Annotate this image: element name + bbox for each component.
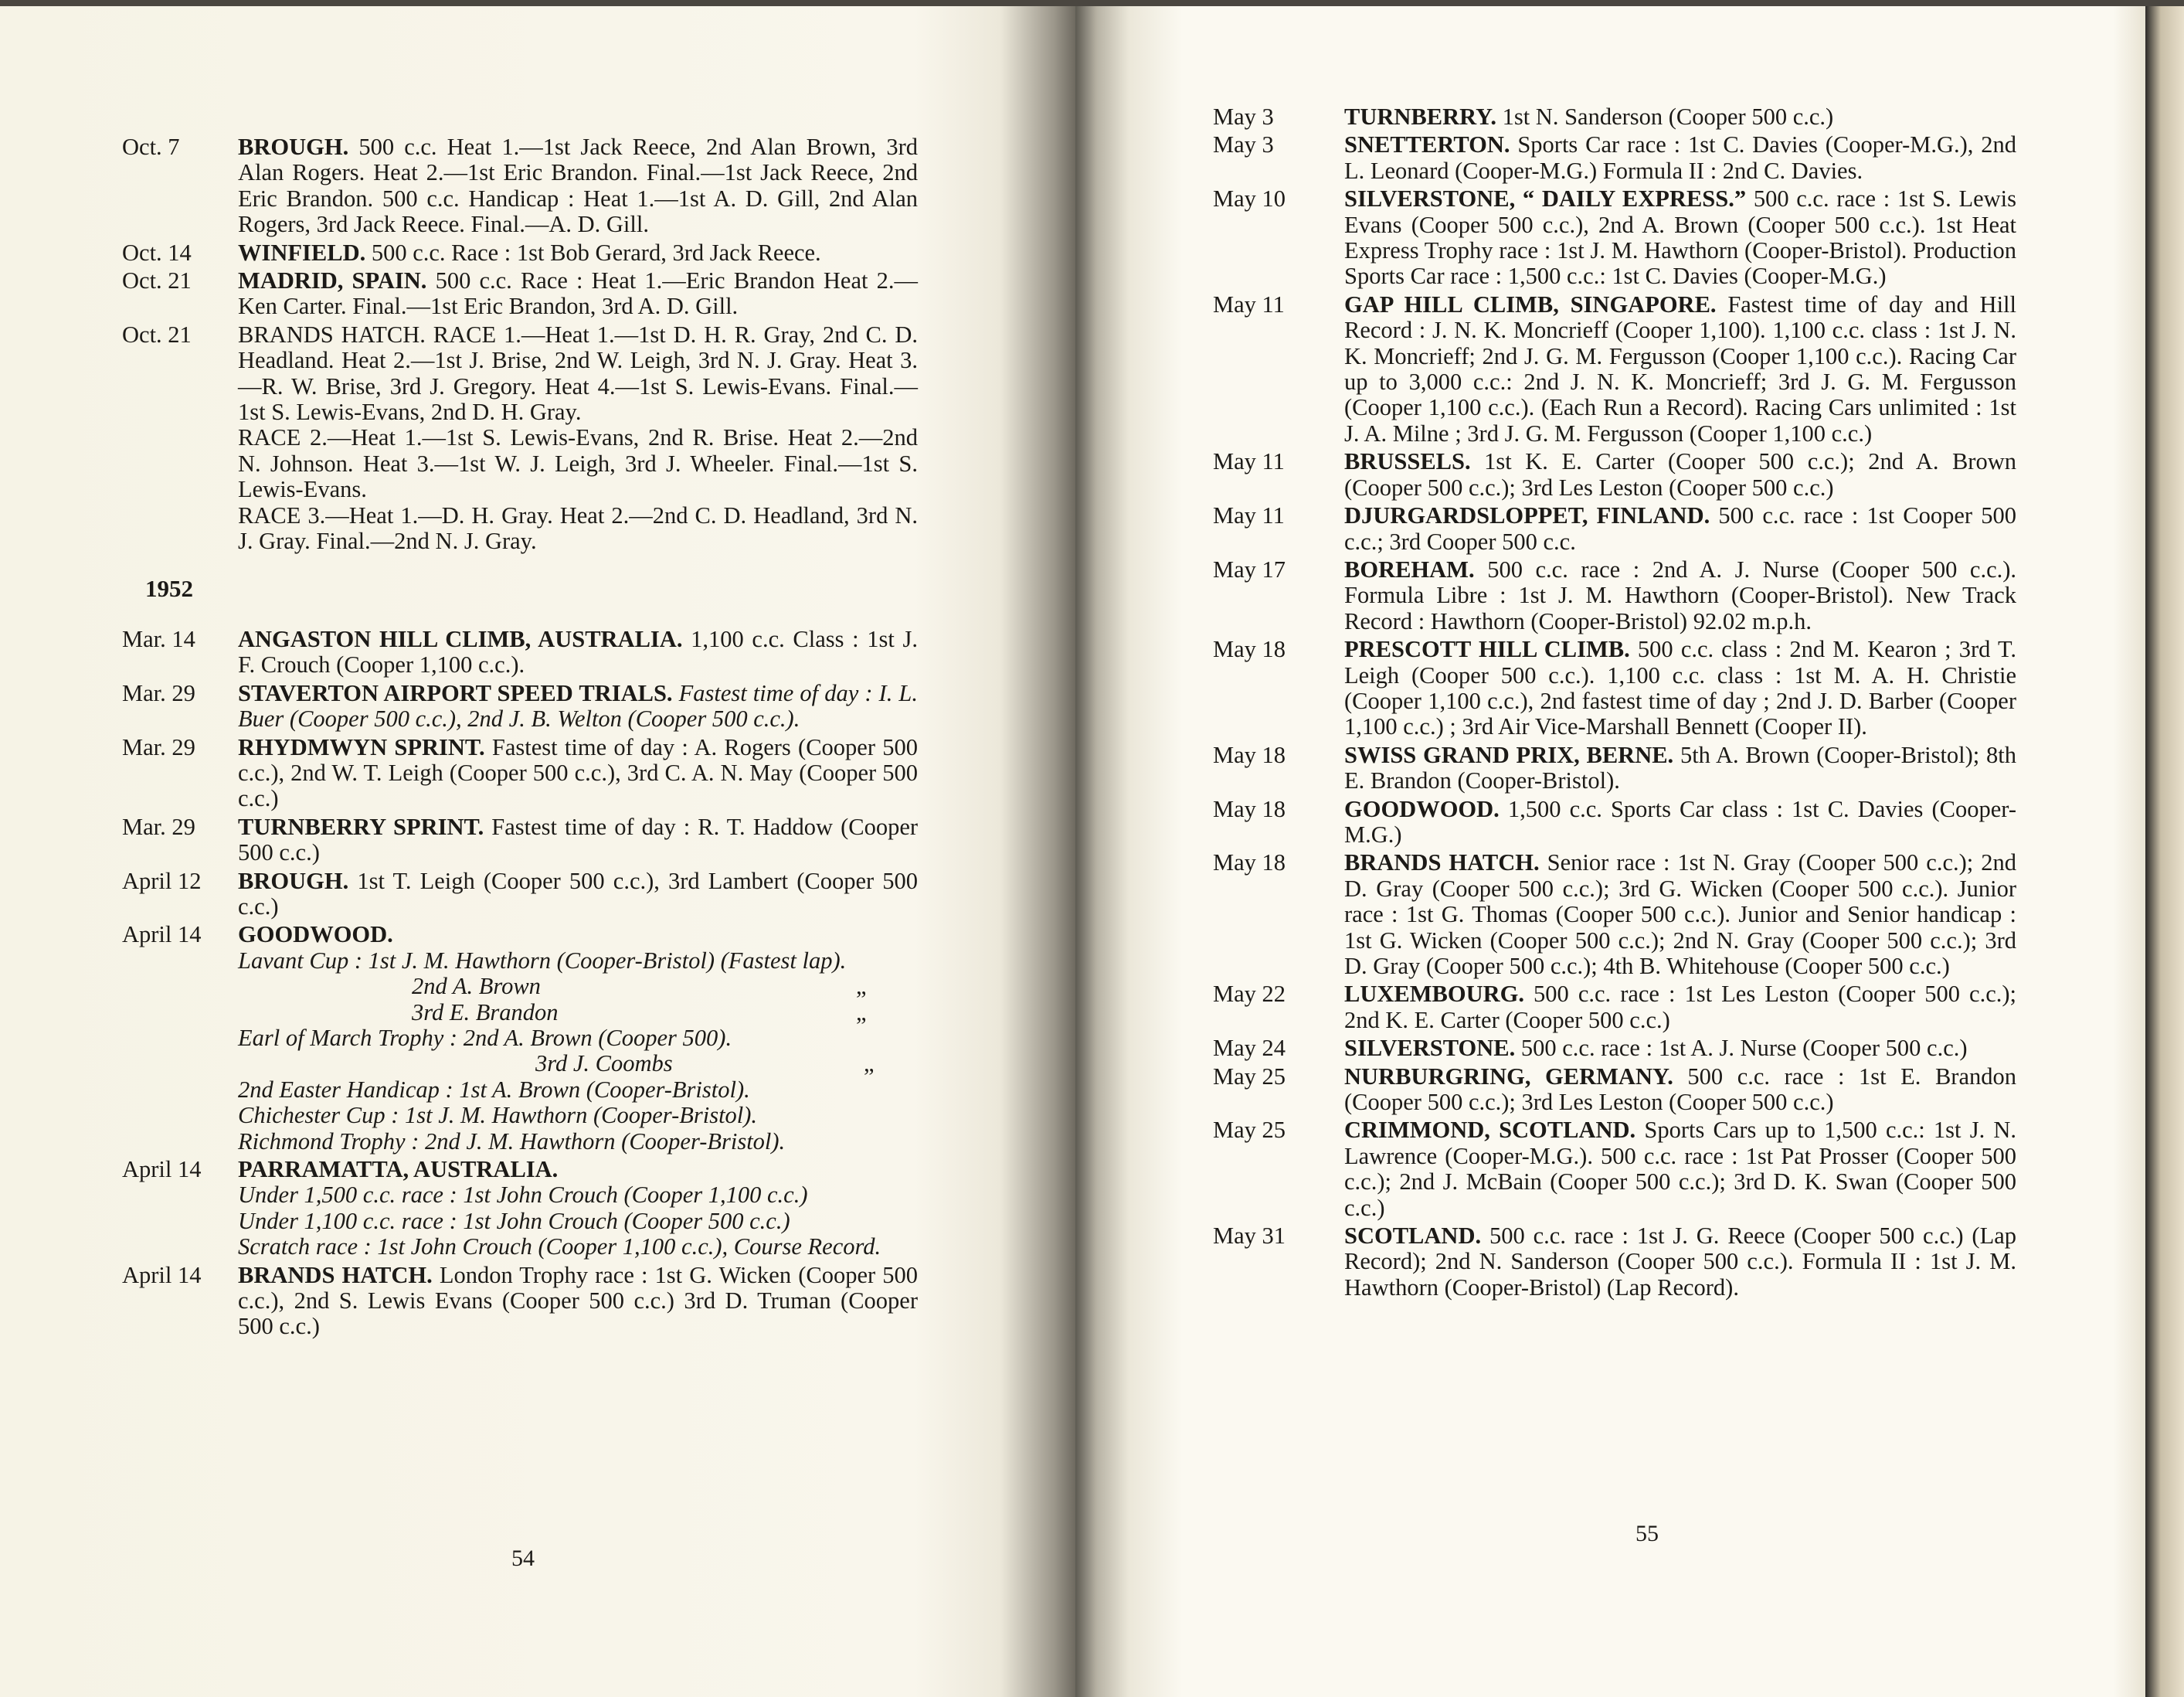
entry-date: Mar. 29: [122, 681, 238, 733]
book-spread: Oct. 7 BROUGH. 500 c.c. Heat 1.—1st Jack…: [0, 0, 2184, 1697]
entry-date: May 11: [1213, 292, 1344, 447]
entry-subline: 2nd A. Brown: [412, 973, 541, 999]
results-entry: May 17BOREHAM. 500 c.c. race : 2nd A. J.…: [1213, 557, 2016, 634]
entry-venue: GAP HILL CLIMB, SINGAPORE.: [1344, 291, 1717, 318]
entry-venue: BRANDS HATCH.: [238, 321, 426, 348]
results-entry: May 31SCOTLAND. 500 c.c. race : 1st J. G…: [1213, 1223, 2016, 1301]
results-entry: May 3TURNBERRY. 1st N. Sanderson (Cooper…: [1213, 104, 2016, 130]
entry-subline: 2nd Easter Handicap : 1st A. Brown (Coop…: [238, 1077, 918, 1103]
entry-venue: MADRID, SPAIN.: [238, 267, 426, 294]
results-entry: May 25NURBURGRING, GERMANY. 500 c.c. rac…: [1213, 1064, 2016, 1116]
entry-subline: Scratch race : 1st John Crouch (Cooper 1…: [238, 1234, 918, 1260]
right-page-column: May 3TURNBERRY. 1st N. Sanderson (Cooper…: [1213, 104, 2016, 1303]
ditto-mark: „: [856, 1000, 867, 1025]
results-entry-parramatta: April 14 PARRAMATTA, AUSTRALIA. Under 1,…: [122, 1157, 918, 1260]
results-entry: April 14 BRANDS HATCH. London Trophy rac…: [122, 1263, 918, 1340]
entry-venue: TURNBERRY SPRINT.: [238, 814, 484, 840]
entry-venue: PARRAMATTA, AUSTRALIA.: [238, 1157, 918, 1182]
results-entry: Mar. 29 STAVERTON AIRPORT SPEED TRIALS. …: [122, 681, 918, 733]
entry-venue: SCOTLAND.: [1344, 1223, 1481, 1249]
entry-venue: RHYDMWYN SPRINT.: [238, 734, 485, 760]
entry-subline: Earl of March Trophy : 2nd A. Brown (Coo…: [238, 1025, 918, 1051]
entry-date: May 24: [1213, 1036, 1344, 1061]
entry-date: May 18: [1213, 637, 1344, 740]
entry-date: May 22: [1213, 981, 1344, 1033]
entry-venue: TURNBERRY.: [1344, 104, 1496, 130]
entry-venue: SNETTERTON.: [1344, 131, 1510, 158]
entry-venue: CRIMMOND, SCOTLAND.: [1344, 1117, 1635, 1143]
ditto-mark: „: [856, 974, 867, 999]
results-entry: May 22LUXEMBOURG. 500 c.c. race : 1st Le…: [1213, 981, 2016, 1033]
entry-venue: BRUSSELS.: [1344, 448, 1471, 474]
entry-date: May 11: [1213, 449, 1344, 501]
entry-date: May 18: [1213, 743, 1344, 794]
entry-venue: GOODWOOD.: [238, 922, 918, 947]
results-entry: Mar. 29 TURNBERRY SPRINT. Fastest time o…: [122, 814, 918, 866]
entry-subline: Richmond Trophy : 2nd J. M. Hawthorn (Co…: [238, 1129, 918, 1155]
results-entry: May 11DJURGARDSLOPPET, FINLAND. 500 c.c.…: [1213, 503, 2016, 555]
entry-venue: BROUGH.: [238, 868, 348, 894]
entry-venue: SILVERSTONE, “ DAILY EXPRESS.”: [1344, 185, 1746, 212]
entry-date: May 31: [1213, 1223, 1344, 1301]
entry-venue: PRESCOTT HILL CLIMB.: [1344, 636, 1630, 662]
results-entry: Mar. 29 RHYDMWYN SPRINT. Fastest time of…: [122, 735, 918, 812]
entry-results: 500 c.c. race : 1st A. J. Nurse (Cooper …: [1521, 1035, 1968, 1061]
entry-venue: WINFIELD.: [238, 240, 365, 266]
results-entry: May 25CRIMMOND, SCOTLAND. Sports Cars up…: [1213, 1117, 2016, 1221]
entry-venue: ANGASTON HILL CLIMB, AUSTRALIA.: [238, 626, 682, 652]
page-number: 54: [511, 1546, 535, 1572]
entry-date: Oct. 21: [122, 268, 238, 320]
entry-venue: SILVERSTONE.: [1344, 1035, 1515, 1061]
entry-subline: RACE 2.—Heat 1.—1st S. Lewis-Evans, 2nd …: [238, 425, 918, 502]
entry-date: Oct. 7: [122, 134, 238, 238]
results-entry: May 18GOODWOOD. 1,500 c.c. Sports Car cl…: [1213, 797, 2016, 848]
entry-date: Mar. 14: [122, 627, 238, 678]
year-heading: 1952: [145, 576, 918, 601]
entry-results: 500 c.c. Race : 1st Bob Gerard, 3rd Jack…: [372, 240, 821, 266]
results-entry: May 18BRANDS HATCH. Senior race : 1st N.…: [1213, 850, 2016, 979]
entry-date: May 18: [1213, 850, 1344, 979]
entry-subline: Chichester Cup : 1st J. M. Hawthorn (Coo…: [238, 1103, 918, 1128]
left-page-column: Oct. 7 BROUGH. 500 c.c. Heat 1.—1st Jack…: [122, 134, 918, 1342]
entry-subline: 3rd E. Brandon: [412, 999, 559, 1025]
results-entry: Oct. 14 WINFIELD. 500 c.c. Race : 1st Bo…: [122, 240, 918, 266]
entry-date: Oct. 21: [122, 322, 238, 555]
entry-results: 1st N. Sanderson (Cooper 500 c.c.): [1503, 104, 1834, 130]
entry-date: May 3: [1213, 132, 1344, 184]
results-entry: May 11BRUSSELS. 1st K. E. Carter (Cooper…: [1213, 449, 2016, 501]
entry-venue: SWISS GRAND PRIX, BERNE.: [1344, 742, 1673, 768]
ditto-mark: „: [864, 1051, 875, 1076]
right-page: May 3TURNBERRY. 1st N. Sanderson (Cooper…: [1075, 6, 2145, 1697]
entry-venue: GOODWOOD.: [1344, 796, 1500, 822]
results-entry: May 10SILVERSTONE, “ DAILY EXPRESS.” 500…: [1213, 186, 2016, 290]
results-entry: May 24SILVERSTONE. 500 c.c. race : 1st A…: [1213, 1036, 2016, 1061]
entry-venue: NURBURGRING, GERMANY.: [1344, 1063, 1673, 1090]
entry-subline: Under 1,100 c.c. race : 1st John Crouch …: [238, 1209, 918, 1234]
entry-venue: BRANDS HATCH.: [1344, 849, 1540, 876]
entry-date: May 25: [1213, 1117, 1344, 1221]
entry-date: May 10: [1213, 186, 1344, 290]
results-entry: May 18SWISS GRAND PRIX, BERNE. 5th A. Br…: [1213, 743, 2016, 794]
results-entry: Mar. 14 ANGASTON HILL CLIMB, AUSTRALIA. …: [122, 627, 918, 678]
results-entry-goodwood: April 14 GOODWOOD. Lavant Cup : 1st J. M…: [122, 922, 918, 1155]
entry-date: April 14: [122, 1157, 238, 1260]
entry-date: May 11: [1213, 503, 1344, 555]
entry-date: Mar. 29: [122, 814, 238, 866]
entry-date: April 12: [122, 869, 238, 920]
entry-date: May 25: [1213, 1064, 1344, 1116]
entry-subline: 3rd J. Coombs: [535, 1050, 673, 1076]
entry-date: April 14: [122, 922, 238, 1155]
results-entry: May 11GAP HILL CLIMB, SINGAPORE. Fastest…: [1213, 292, 2016, 447]
left-page: Oct. 7 BROUGH. 500 c.c. Heat 1.—1st Jack…: [0, 6, 1075, 1697]
results-entry: May 18PRESCOTT HILL CLIMB. 500 c.c. clas…: [1213, 637, 2016, 740]
entry-venue: STAVERTON AIRPORT SPEED TRIALS.: [238, 680, 673, 706]
entry-date: May 3: [1213, 104, 1344, 130]
results-entry: Oct. 7 BROUGH. 500 c.c. Heat 1.—1st Jack…: [122, 134, 918, 238]
entry-subline: Lavant Cup : 1st J. M. Hawthorn (Cooper-…: [238, 948, 918, 974]
entry-date: Mar. 29: [122, 735, 238, 812]
entry-date: April 14: [122, 1263, 238, 1340]
entry-subline: Under 1,500 c.c. race : 1st John Crouch …: [238, 1182, 918, 1208]
results-entry: April 12 BROUGH. 1st T. Leigh (Cooper 50…: [122, 869, 918, 920]
page-number: 55: [1635, 1521, 1659, 1547]
results-entry: May 3SNETTERTON. Sports Car race : 1st C…: [1213, 132, 2016, 184]
entry-venue: LUXEMBOURG.: [1344, 981, 1524, 1007]
entry-subline: RACE 3.—Heat 1.—D. H. Gray. Heat 2.—2nd …: [238, 503, 918, 555]
results-entry: Oct. 21 BRANDS HATCH. RACE 1.—Heat 1.—1s…: [122, 322, 918, 555]
entry-date: May 18: [1213, 797, 1344, 848]
entry-date: Oct. 14: [122, 240, 238, 266]
entry-venue: BROUGH.: [238, 134, 348, 160]
entry-venue: BOREHAM.: [1344, 556, 1475, 583]
results-entry: Oct. 21 MADRID, SPAIN. 500 c.c. Race : H…: [122, 268, 918, 320]
entry-date: May 17: [1213, 557, 1344, 634]
book-cover-edge: [2145, 6, 2184, 1697]
entry-venue: DJURGARDSLOPPET, FINLAND.: [1344, 502, 1710, 529]
entry-venue: BRANDS HATCH.: [238, 1262, 433, 1288]
